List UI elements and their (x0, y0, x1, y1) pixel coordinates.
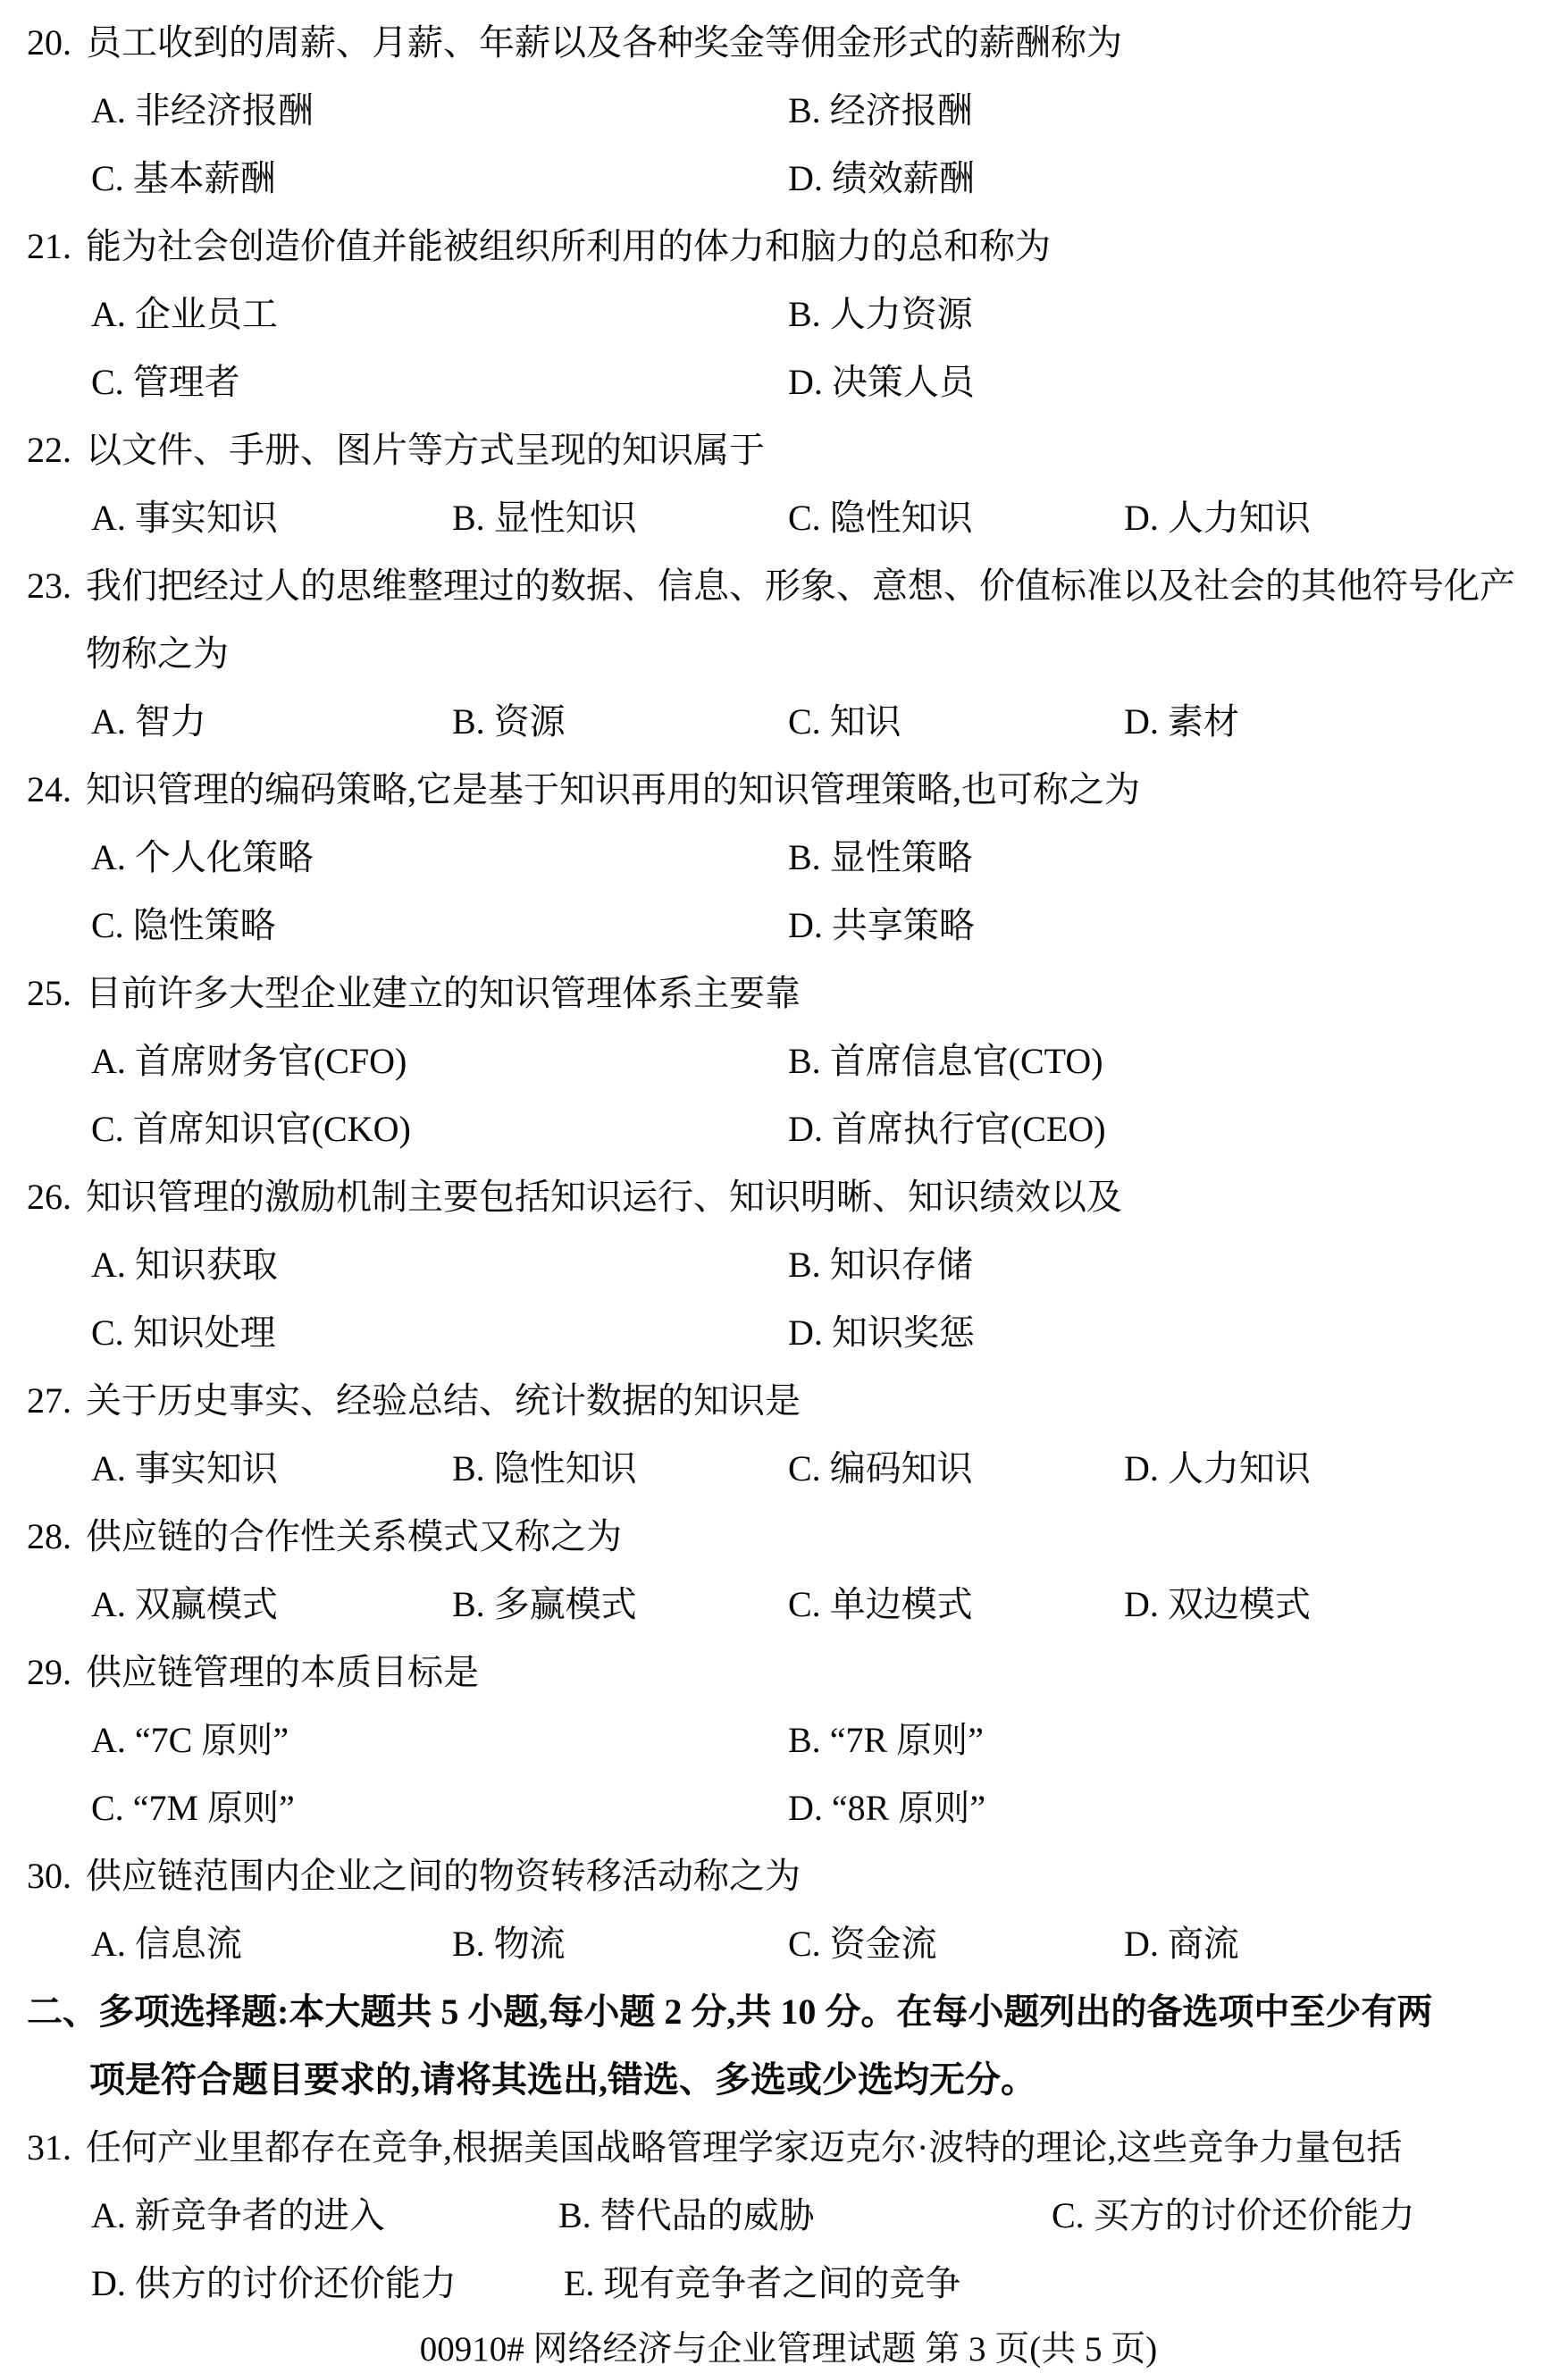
option-row: A.“7C 原则”B.“7R 原则” (91, 1706, 1550, 1774)
option-text: 事实知识 (135, 498, 278, 538)
option-label: C. (91, 362, 124, 402)
option-b: B.知识存储 (788, 1231, 1550, 1299)
option-text: 首席知识官(CKO) (133, 1109, 411, 1149)
option-a: A.信息流 (91, 1910, 452, 1978)
question-list-part1: 20.员工收到的周薪、月薪、年薪以及各种奖金等佣金形式的薪酬称为A.非经济报酬B… (27, 9, 1550, 1978)
option-label: D. (788, 905, 823, 945)
option-c: C.管理者 (91, 348, 788, 416)
option-row: A.新竞争者的进入B.替代品的威胁C.买方的讨价还价能力 (91, 2182, 1550, 2250)
option-label: B. (788, 90, 821, 130)
option-label: A. (91, 1584, 126, 1624)
option-row: A.事实知识B.隐性知识C.编码知识D.人力知识 (91, 1435, 1550, 1503)
option-row: A.事实知识B.显性知识C.隐性知识D.人力知识 (91, 484, 1550, 552)
option-d: D.绩效薪酬 (788, 145, 1550, 213)
option-c: C.“7M 原则” (91, 1774, 788, 1842)
option-text: 绩效薪酬 (832, 158, 975, 198)
option-row: A.知识获取B.知识存储 (91, 1231, 1550, 1299)
option-text: 资源 (494, 701, 566, 742)
option-text: 智力 (135, 701, 206, 742)
option-d: D.商流 (1124, 1910, 1550, 1978)
option-text: 共享策略 (832, 905, 975, 945)
question-stem: 员工收到的周薪、月薪、年薪以及各种奖金等佣金形式的薪酬称为 (86, 9, 1550, 77)
option-label: B. (788, 1720, 821, 1760)
section-two-heading: 二、多项选择题:本大题共 5 小题,每小题 2 分,共 10 分。在每小题列出的… (27, 1978, 1550, 2114)
option-row: A.首席财务官(CFO)B.首席信息官(CTO) (91, 1027, 1550, 1095)
option-b: B.替代品的威胁 (558, 2182, 1052, 2250)
option-b: B.显性策略 (788, 824, 1550, 892)
option-text: 个人化策略 (135, 837, 314, 877)
option-text: 企业员工 (135, 294, 278, 334)
option-label: A. (91, 1924, 126, 1964)
option-c: C.隐性策略 (91, 892, 788, 960)
page-footer: 00910# 网络经济与企业管理试题 第 3 页(共 5 页) (27, 2323, 1550, 2373)
question-number: 29. (27, 1639, 86, 1706)
option-text: 买方的讨价还价能力 (1094, 2195, 1415, 2235)
question: 21.能为社会创造价值并能被组织所利用的体力和脑力的总和称为A.企业员工B.人力… (27, 213, 1550, 416)
option-text: 物流 (494, 1924, 566, 1964)
option-text: 双边模式 (1168, 1584, 1311, 1624)
option-label: C. (788, 1584, 821, 1624)
option-row: A.企业员工B.人力资源 (91, 281, 1550, 348)
option-d: D.供方的讨价还价能力 (91, 2250, 564, 2318)
section-two-line1: 二、多项选择题:本大题共 5 小题,每小题 2 分,共 10 分。在每小题列出的… (27, 1978, 1550, 2046)
option-d: D.共享策略 (788, 892, 1550, 960)
question-number: 20. (27, 9, 86, 77)
option-label: D. (1124, 498, 1159, 538)
option-row: A.信息流B.物流C.资金流D.商流 (91, 1910, 1550, 1978)
option-label: D. (1124, 1924, 1159, 1964)
question-stem: 我们把经过人的思维整理过的数据、信息、形象、意想、价值标准以及社会的其他符号化产 (86, 552, 1550, 620)
question-stem: 知识管理的激励机制主要包括知识运行、知识明晰、知识绩效以及 (86, 1163, 1550, 1231)
option-a: A.事实知识 (91, 1435, 452, 1503)
option-label: B. (452, 701, 485, 742)
question-stem-row: 25.目前许多大型企业建立的知识管理体系主要靠 (27, 960, 1550, 1027)
option-d: D.知识奖惩 (788, 1299, 1550, 1367)
option-text: 显性策略 (830, 837, 973, 877)
question-stem-row: 22.以文件、手册、图片等方式呈现的知识属于 (27, 416, 1550, 484)
option-text: 人力知识 (1168, 498, 1311, 538)
question-stem: 供应链范围内企业之间的物资转移活动称之为 (86, 1842, 1550, 1910)
option-row: C.隐性策略D.共享策略 (91, 892, 1550, 960)
question-stem: 能为社会创造价值并能被组织所利用的体力和脑力的总和称为 (86, 213, 1550, 281)
option-text: 知识 (830, 701, 901, 742)
option-c: C.隐性知识 (788, 484, 1124, 552)
option-row: A.智力B.资源C.知识D.素材 (91, 688, 1550, 756)
option-text: 经济报酬 (830, 90, 973, 130)
option-label: B. (452, 1584, 485, 1624)
exam-page: { "footer": "00910# 网络经济与企业管理试题 第 3 页(共 … (0, 0, 1568, 2373)
option-b: B.人力资源 (788, 281, 1550, 348)
question-number: 24. (27, 756, 86, 824)
option-label: B. (788, 1245, 821, 1285)
question: 29.供应链管理的本质目标是A.“7C 原则”B.“7R 原则”C.“7M 原则… (27, 1639, 1550, 1842)
question-stem: 知识管理的编码策略,它是基于知识再用的知识管理策略,也可称之为 (86, 756, 1550, 824)
option-label: B. (452, 1448, 485, 1488)
option-row: A.双赢模式B.多赢模式C.单边模式D.双边模式 (91, 1571, 1550, 1639)
option-label: A. (91, 2195, 126, 2235)
option-text: 事实知识 (135, 1448, 278, 1488)
option-a: A.知识获取 (91, 1231, 788, 1299)
option-c: C.编码知识 (788, 1435, 1124, 1503)
option-row: D.供方的讨价还价能力E.现有竞争者之间的竞争 (91, 2250, 1550, 2318)
section-two-line2: 项是符合题目要求的,请将其选出,错选、多选或少选均无分。 (89, 2046, 1550, 2114)
option-label: A. (91, 90, 126, 130)
option-text: 供方的讨价还价能力 (135, 2263, 457, 2303)
option-text: 显性知识 (494, 498, 637, 538)
option-label: A. (91, 1041, 126, 1081)
option-label: C. (91, 158, 124, 198)
option-a: A.新竞争者的进入 (91, 2182, 558, 2250)
option-text: 多赢模式 (494, 1584, 637, 1624)
question: 24.知识管理的编码策略,它是基于知识再用的知识管理策略,也可称之为A.个人化策… (27, 756, 1550, 960)
option-row: C.基本薪酬D.绩效薪酬 (91, 145, 1550, 213)
option-d: D.“8R 原则” (788, 1774, 1550, 1842)
question-stem-row: 24.知识管理的编码策略,它是基于知识再用的知识管理策略,也可称之为 (27, 756, 1550, 824)
option-label: E. (564, 2263, 594, 2303)
option-label: D. (788, 158, 823, 198)
question: 22.以文件、手册、图片等方式呈现的知识属于A.事实知识B.显性知识C.隐性知识… (27, 416, 1550, 552)
option-label: C. (788, 1924, 821, 1964)
question-stem-row: 21.能为社会创造价值并能被组织所利用的体力和脑力的总和称为 (27, 213, 1550, 281)
option-text: 首席执行官(CEO) (832, 1109, 1106, 1149)
question-stem: 目前许多大型企业建立的知识管理体系主要靠 (86, 960, 1550, 1027)
option-label: B. (788, 1041, 821, 1081)
option-text: 知识处理 (133, 1312, 276, 1353)
question: 31.任何产业里都存在竞争,根据美国战略管理学家迈克尔·波特的理论,这些竞争力量… (27, 2114, 1550, 2318)
option-label: C. (788, 498, 821, 538)
option-label: D. (788, 1312, 823, 1353)
question-stem: 任何产业里都存在竞争,根据美国战略管理学家迈克尔·波特的理论,这些竞争力量包括 (86, 2114, 1550, 2182)
option-row: C.管理者D.决策人员 (91, 348, 1550, 416)
option-label: A. (91, 837, 126, 877)
option-text: 信息流 (135, 1924, 242, 1964)
option-text: 资金流 (830, 1924, 937, 1964)
question-stem-row: 30.供应链范围内企业之间的物资转移活动称之为 (27, 1842, 1550, 1910)
option-text: 素材 (1168, 701, 1239, 742)
option-text: 商流 (1168, 1924, 1239, 1964)
question-number: 31. (27, 2114, 86, 2182)
option-text: 知识奖惩 (832, 1312, 975, 1353)
option-text: “7M 原则” (133, 1788, 295, 1828)
option-label: C. (788, 701, 821, 742)
option-text: 非经济报酬 (135, 90, 314, 130)
option-label: D. (1124, 1584, 1159, 1624)
option-text: 知识存储 (830, 1245, 973, 1285)
option-text: 决策人员 (832, 362, 975, 402)
option-b: B.“7R 原则” (788, 1706, 1550, 1774)
option-d: D.素材 (1124, 688, 1550, 756)
option-label: C. (1052, 2195, 1085, 2235)
option-text: 首席财务官(CFO) (135, 1041, 407, 1081)
option-text: 现有竞争者之间的竞争 (603, 2263, 960, 2303)
question: 20.员工收到的周薪、月薪、年薪以及各种奖金等佣金形式的薪酬称为A.非经济报酬B… (27, 9, 1550, 213)
option-label: D. (788, 1109, 823, 1149)
option-b: B.物流 (452, 1910, 788, 1978)
option-b: B.多赢模式 (452, 1571, 788, 1639)
option-label: D. (91, 2263, 126, 2303)
option-label: A. (91, 294, 126, 334)
question-stem-row: 26.知识管理的激励机制主要包括知识运行、知识明晰、知识绩效以及 (27, 1163, 1550, 1231)
option-label: A. (91, 1720, 126, 1760)
option-a: A.双赢模式 (91, 1571, 452, 1639)
option-b: B.显性知识 (452, 484, 788, 552)
option-label: C. (91, 1788, 124, 1828)
option-row: C.首席知识官(CKO)D.首席执行官(CEO) (91, 1095, 1550, 1163)
option-c: C.知识处理 (91, 1299, 788, 1367)
option-label: A. (91, 1448, 126, 1488)
option-text: 替代品的威胁 (600, 2195, 815, 2235)
option-label: A. (91, 701, 126, 742)
option-text: 隐性策略 (133, 905, 276, 945)
option-a: A.智力 (91, 688, 452, 756)
option-d: D.决策人员 (788, 348, 1550, 416)
option-text: 基本薪酬 (133, 158, 276, 198)
option-text: 管理者 (133, 362, 240, 402)
option-label: C. (91, 905, 124, 945)
question-number: 21. (27, 213, 86, 281)
option-label: D. (788, 362, 823, 402)
option-b: B.隐性知识 (452, 1435, 788, 1503)
option-label: C. (91, 1312, 124, 1353)
question-number: 28. (27, 1503, 86, 1571)
option-text: 知识获取 (135, 1245, 278, 1285)
option-d: D.首席执行官(CEO) (788, 1095, 1550, 1163)
option-b: B.资源 (452, 688, 788, 756)
option-e: E.现有竞争者之间的竞争 (564, 2250, 1550, 2318)
question-stem: 关于历史事实、经验总结、统计数据的知识是 (86, 1367, 1550, 1435)
option-text: “7C 原则” (135, 1720, 289, 1760)
question: 26.知识管理的激励机制主要包括知识运行、知识明晰、知识绩效以及A.知识获取B.… (27, 1163, 1550, 1367)
option-text: 单边模式 (830, 1584, 973, 1624)
question-stem-row: 29.供应链管理的本质目标是 (27, 1639, 1550, 1706)
option-d: D.人力知识 (1124, 1435, 1550, 1503)
question-number: 23. (27, 552, 86, 620)
question-stem-continuation: 物称之为 (86, 620, 1550, 688)
option-c: C.基本薪酬 (91, 145, 788, 213)
option-text: 新竞争者的进入 (135, 2195, 385, 2235)
option-a: A.非经济报酬 (91, 77, 788, 145)
option-label: D. (1124, 701, 1159, 742)
question-number: 30. (27, 1842, 86, 1910)
question-stem: 供应链的合作性关系模式又称之为 (86, 1503, 1550, 1571)
option-row: C.知识处理D.知识奖惩 (91, 1299, 1550, 1367)
option-c: C.首席知识官(CKO) (91, 1095, 788, 1163)
option-a: A.企业员工 (91, 281, 788, 348)
option-text: 编码知识 (830, 1448, 973, 1488)
option-label: B. (788, 837, 821, 877)
option-d: D.人力知识 (1124, 484, 1550, 552)
option-label: B. (788, 294, 821, 334)
question: 23.我们把经过人的思维整理过的数据、信息、形象、意想、价值标准以及社会的其他符… (27, 552, 1550, 756)
option-c: C.单边模式 (788, 1571, 1124, 1639)
question: 28.供应链的合作性关系模式又称之为A.双赢模式B.多赢模式C.单边模式D.双边… (27, 1503, 1550, 1639)
option-text: 双赢模式 (135, 1584, 278, 1624)
option-label: B. (558, 2195, 591, 2235)
question-stem: 以文件、手册、图片等方式呈现的知识属于 (86, 416, 1550, 484)
question: 30.供应链范围内企业之间的物资转移活动称之为A.信息流B.物流C.资金流D.商… (27, 1842, 1550, 1978)
option-label: D. (788, 1788, 823, 1828)
option-c: C.知识 (788, 688, 1124, 756)
question-stem-row: 20.员工收到的周薪、月薪、年薪以及各种奖金等佣金形式的薪酬称为 (27, 9, 1550, 77)
question: 27.关于历史事实、经验总结、统计数据的知识是A.事实知识B.隐性知识C.编码知… (27, 1367, 1550, 1503)
option-text: “7R 原则” (830, 1720, 984, 1760)
option-b: B.首席信息官(CTO) (788, 1027, 1550, 1095)
option-label: D. (1124, 1448, 1159, 1488)
option-text: “8R 原则” (832, 1788, 985, 1828)
option-row: A.个人化策略B.显性策略 (91, 824, 1550, 892)
option-row: A.非经济报酬B.经济报酬 (91, 77, 1550, 145)
option-row: C.“7M 原则”D.“8R 原则” (91, 1774, 1550, 1842)
option-text: 人力资源 (830, 294, 973, 334)
option-b: B.经济报酬 (788, 77, 1550, 145)
question-stem-row: 23.我们把经过人的思维整理过的数据、信息、形象、意想、价值标准以及社会的其他符… (27, 552, 1550, 620)
option-label: B. (452, 1924, 485, 1964)
option-a: A.“7C 原则” (91, 1706, 788, 1774)
question-number: 22. (27, 416, 86, 484)
question-number: 25. (27, 960, 86, 1027)
option-label: B. (452, 498, 485, 538)
option-c: C.资金流 (788, 1910, 1124, 1978)
question-number: 27. (27, 1367, 86, 1435)
option-text: 人力知识 (1168, 1448, 1311, 1488)
option-text: 隐性知识 (830, 498, 973, 538)
option-c: C.买方的讨价还价能力 (1052, 2182, 1550, 2250)
option-label: C. (91, 1109, 124, 1149)
option-a: A.个人化策略 (91, 824, 788, 892)
option-label: C. (788, 1448, 821, 1488)
question-list-part2: 31.任何产业里都存在竞争,根据美国战略管理学家迈克尔·波特的理论,这些竞争力量… (27, 2114, 1550, 2318)
option-d: D.双边模式 (1124, 1571, 1550, 1639)
question-stem: 供应链管理的本质目标是 (86, 1639, 1550, 1706)
question-stem-row: 28.供应链的合作性关系模式又称之为 (27, 1503, 1550, 1571)
option-text: 首席信息官(CTO) (830, 1041, 1103, 1081)
question-stem-row: 27.关于历史事实、经验总结、统计数据的知识是 (27, 1367, 1550, 1435)
option-text: 隐性知识 (494, 1448, 637, 1488)
option-a: A.事实知识 (91, 484, 452, 552)
option-a: A.首席财务官(CFO) (91, 1027, 788, 1095)
question-stem-row: 31.任何产业里都存在竞争,根据美国战略管理学家迈克尔·波特的理论,这些竞争力量… (27, 2114, 1550, 2182)
question-number: 26. (27, 1163, 86, 1231)
question: 25.目前许多大型企业建立的知识管理体系主要靠A.首席财务官(CFO)B.首席信… (27, 960, 1550, 1163)
option-label: A. (91, 498, 126, 538)
option-label: A. (91, 1245, 126, 1285)
